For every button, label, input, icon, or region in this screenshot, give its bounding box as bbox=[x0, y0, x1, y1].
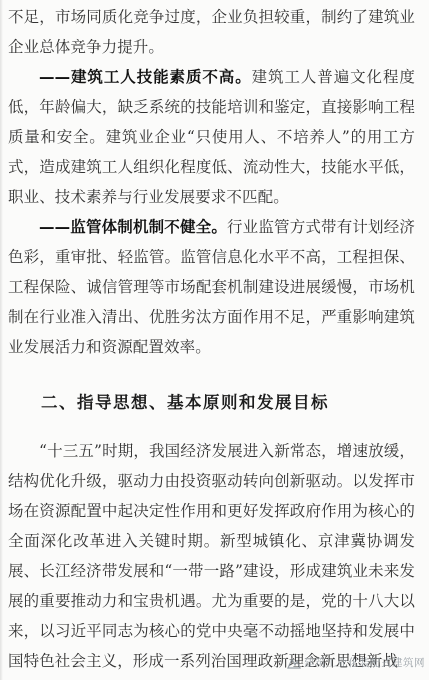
paragraph-text: “十三五”时期，我国经济发展进入新常态，增速放缓，结构优化升级，驱动力由投资驱动… bbox=[8, 442, 415, 670]
section-heading: 二、指导思想、基本原则和发展目标 bbox=[8, 388, 415, 418]
paragraph-regulation-system: ——监管体制机制不健全。行业监管方式带有计划经济色彩，重审批、轻监管。监管信息化… bbox=[8, 212, 415, 362]
paragraph-text: 建筑工人普遍文化程度低，年龄偏大，缺乏系统的技能培训和鉴定，直接影响工程质量和安… bbox=[8, 68, 415, 206]
paragraph-lead-worker-skills: ——建筑工人技能素质不高。 bbox=[39, 68, 252, 86]
paragraph-text: 行业监管方式带有计划经济色彩，重审批、轻监管。监管信息化水平不高，工程担保、工程… bbox=[8, 218, 415, 356]
document-page: 不足，市场同质化竞争过度，企业负担较重，制约了建筑业企业总体竞争力提升。 ——建… bbox=[0, 0, 429, 680]
paragraph-worker-skills: ——建筑工人技能素质不高。建筑工人普遍文化程度低，年龄偏大，缺乏系统的技能培训和… bbox=[8, 62, 415, 212]
paragraph-competitiveness: 不足，市场同质化竞争过度，企业负担较重，制约了建筑业企业总体竞争力提升。 bbox=[8, 2, 415, 62]
paragraph-text: 不足，市场同质化竞争过度，企业负担较重，制约了建筑业企业总体竞争力提升。 bbox=[8, 8, 415, 56]
paragraph-guiding-thought: “十三五”时期，我国经济发展进入新常态，增速放缓，结构优化升级，驱动力由投资驱动… bbox=[8, 436, 415, 676]
paragraph-lead-regulation-system: ——监管体制机制不健全。 bbox=[39, 218, 227, 236]
